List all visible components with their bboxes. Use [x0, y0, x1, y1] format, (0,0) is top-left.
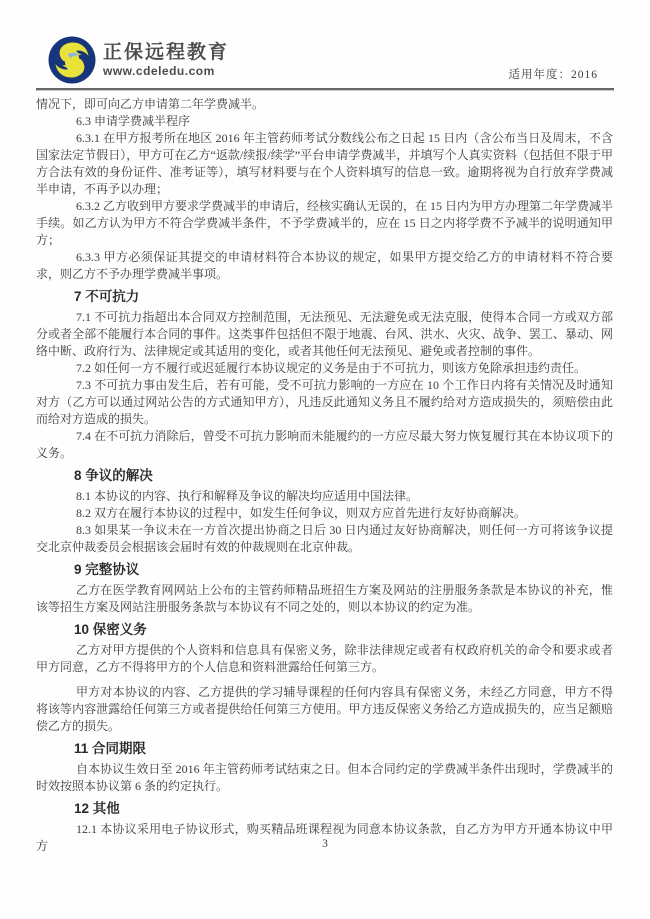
clause-8-3: 8.3 如果某一争议未在一方首次提出协商之日后 30 日内通过友好协商解决，则任…	[36, 522, 613, 556]
clause-11-body: 自本协议生效日至 2016 年主管药师考试结束之日。但本合同约定的学费减半条件出…	[36, 761, 613, 795]
contract-page: 正保远程教育 www.cdeledu.com 适用年度：2016 情况下，即可向…	[0, 0, 650, 919]
logo-text: 正保远程教育 www.cdeledu.com	[103, 42, 229, 79]
clause-6-3: 6.3 申请学费减半程序	[36, 113, 613, 130]
applicable-year-label: 适用年度：2016	[509, 66, 599, 82]
clause-10-party-a: 甲方对本协议的内容、乙方提供的学习辅导课程的任何内容具有保密义务，未经乙方同意，…	[36, 684, 613, 735]
clause-10-party-b: 乙方对甲方提供的个人资料和信息具有保密义务，除非法律规定或者有权政府机关的命令和…	[36, 642, 613, 676]
clause-8-2: 8.2 双方在履行本协议的过程中，如发生任何争议，则双方应首先进行友好协商解决。	[36, 505, 613, 522]
clause-6-3-3: 6.3.3 甲方必须保证其提交的申请材料符合本协议的规定，如果甲方提交给乙方的申…	[36, 249, 613, 283]
clause-7-2: 7.2 如任何一方不履行或迟延履行本协议规定的义务是由于不可抗力，则该方免除承担…	[36, 360, 613, 377]
document-body: 情况下，即可向乙方申请第二年学费减半。 6.3 申请学费减半程序 6.3.1 在…	[36, 96, 613, 855]
clause-continuation: 情况下，即可向乙方申请第二年学费减半。	[36, 96, 613, 113]
brand-name: 正保远程教育	[103, 42, 229, 64]
section-heading-8-disputes: 8 争议的解决	[36, 467, 613, 485]
clause-6-3-1: 6.3.1 在甲方报考所在地区 2016 年主管药师考试分数线公布之日起 15 …	[36, 130, 613, 198]
company-logo: 正保远程教育 www.cdeledu.com	[48, 36, 229, 84]
clause-7-4: 7.4 在不可抗力消除后，曾受不可抗力影响而未能履约的一方应尽最大努力恢复履行其…	[36, 428, 613, 462]
brand-website: www.cdeledu.com	[103, 64, 229, 79]
section-heading-12-miscellaneous: 12 其他	[36, 800, 613, 818]
cdeledu-swirl-logo-icon	[48, 36, 96, 84]
section-heading-9-entire-agreement: 9 完整协议	[36, 561, 613, 579]
clause-8-1: 8.1 本协议的内容、执行和解释及争议的解决均应适用中国法律。	[36, 488, 613, 505]
section-heading-7-force-majeure: 7 不可抗力	[36, 288, 613, 306]
clause-7-3: 7.3 不可抗力事由发生后，若有可能，受不可抗力影响的一方应在 10 个工作日内…	[36, 377, 613, 428]
page-number: 3	[0, 838, 650, 850]
clause-7-1: 7.1 不可抗力指超出本合同双方控制范围，无法预见、无法避免或无法克服，使得本合…	[36, 309, 613, 360]
letterhead: 正保远程教育 www.cdeledu.com 适用年度：2016	[0, 0, 650, 90]
section-heading-11-term: 11 合同期限	[36, 740, 613, 758]
clause-6-3-2: 6.3.2 乙方收到甲方要求学费减半的申请后，经核实确认无误的，在 15 日内为…	[36, 198, 613, 249]
section-heading-10-confidentiality: 10 保密义务	[36, 621, 613, 639]
header-divider	[36, 88, 614, 91]
clause-9-body: 乙方在医学教育网网站上公布的主管药师精品班招生方案及网站的注册服务条款是本协议的…	[36, 582, 613, 616]
